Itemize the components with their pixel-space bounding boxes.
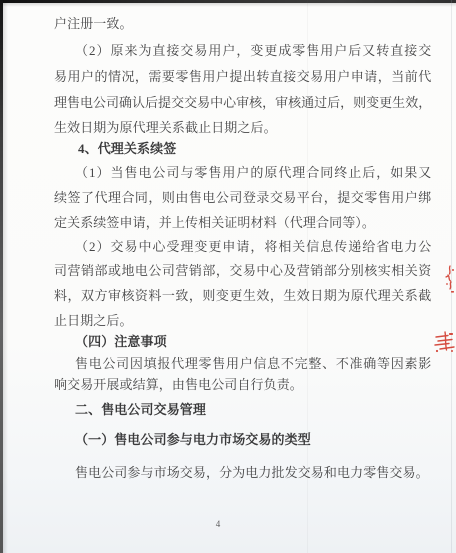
text-line: 司营销部或地电公司营销部，交易中心及营销部分别核实相关资 (54, 262, 431, 279)
text-line: 定关系续签申请，并上传相关证明材料（代理合同等）。 (54, 214, 375, 231)
red-seal-fragment-icon (433, 329, 456, 355)
page-number: 4 (0, 519, 436, 529)
text-line: （2）原来为直接交易用户，变更成零售用户后又转直接交 (75, 42, 431, 59)
text-line: 理售电公司确认后提交交易中心审核，审核通过后，则变更生效， (54, 94, 431, 111)
red-seal-fragment-icon (442, 264, 456, 298)
text-line: （2）交易中心受理变更申请，将相关信息传递给省电力公 (75, 238, 431, 255)
paper-right-edge (451, 0, 452, 553)
text-line: 售电公司参与市场交易，分为电力批发交易和电力零售交易。 (75, 464, 429, 481)
text-line: 生效日期为原代理关系截止日期之后。 (54, 119, 277, 136)
section-heading-2: 二、售电公司交易管理 (75, 401, 206, 418)
text-line: 料，双方审核资料一致，则变更生效，生效日期为原代理关系截 (54, 287, 431, 304)
document-page: 户注册一致。 （2）原来为直接交易用户，变更成零售用户后又转直接交 易用户的情况… (0, 0, 456, 553)
scan-edge-top (0, 0, 456, 3)
text-line: 响交易开展或结算，由售电公司自行负责。 (54, 376, 303, 393)
section-heading-4: 4、代理关系续签 (78, 140, 176, 157)
text-line: 止日期之后。 (54, 312, 133, 329)
text-line: 户注册一致。 (54, 15, 133, 32)
section-heading-notes: （四）注意事项 (75, 333, 167, 350)
section-heading-2-1: （一）售电公司参与电力市场交易的类型 (75, 431, 311, 448)
text-line: （1）当售电公司与零售用户的原代理合同终止后，如果又 (75, 164, 431, 181)
text-line: 续签了代理合同，则由售电公司登录交易平台，提交零售用户绑 (54, 189, 431, 206)
text-line: 易用户的情况，需要零售用户提出转直接交易用户申请，当前代 (54, 68, 431, 85)
text-line: 售电公司因填报代理零售用户信息不完整、不准确等因素影 (75, 355, 431, 372)
scan-edge-left (0, 0, 3, 553)
